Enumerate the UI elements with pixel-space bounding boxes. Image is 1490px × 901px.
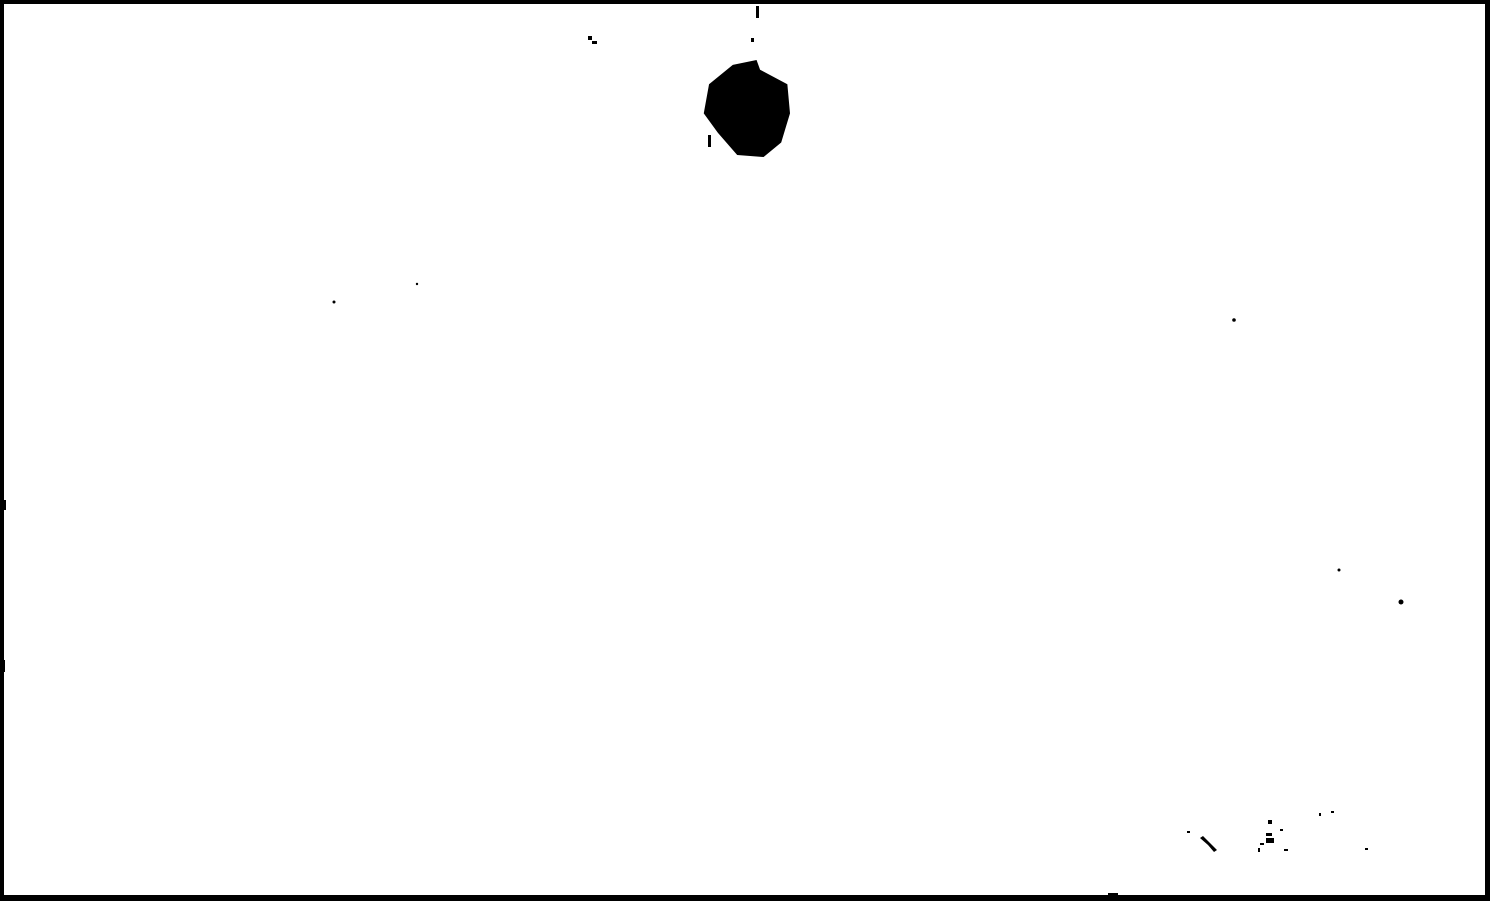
speck — [1108, 893, 1118, 895]
speck — [1232, 318, 1236, 322]
speck — [1266, 838, 1274, 843]
speck — [588, 36, 592, 40]
speck — [751, 38, 754, 42]
speck — [1187, 831, 1190, 833]
speck — [1399, 600, 1404, 605]
speck — [756, 6, 759, 18]
speck — [1268, 820, 1272, 824]
speck — [1319, 813, 1321, 816]
speck — [0, 500, 6, 510]
specks-layer — [0, 0, 1490, 901]
speck — [333, 301, 336, 304]
speck — [592, 41, 597, 44]
speck — [1266, 833, 1272, 836]
speck — [1258, 848, 1260, 852]
speck — [1284, 849, 1288, 851]
speck — [708, 135, 711, 147]
speck — [1338, 569, 1341, 572]
speck — [1280, 829, 1283, 831]
speck — [416, 283, 418, 285]
speck — [1260, 843, 1264, 845]
speck — [0, 660, 5, 672]
speck — [1331, 811, 1334, 813]
speck — [1200, 836, 1217, 852]
speck — [1365, 848, 1368, 850]
